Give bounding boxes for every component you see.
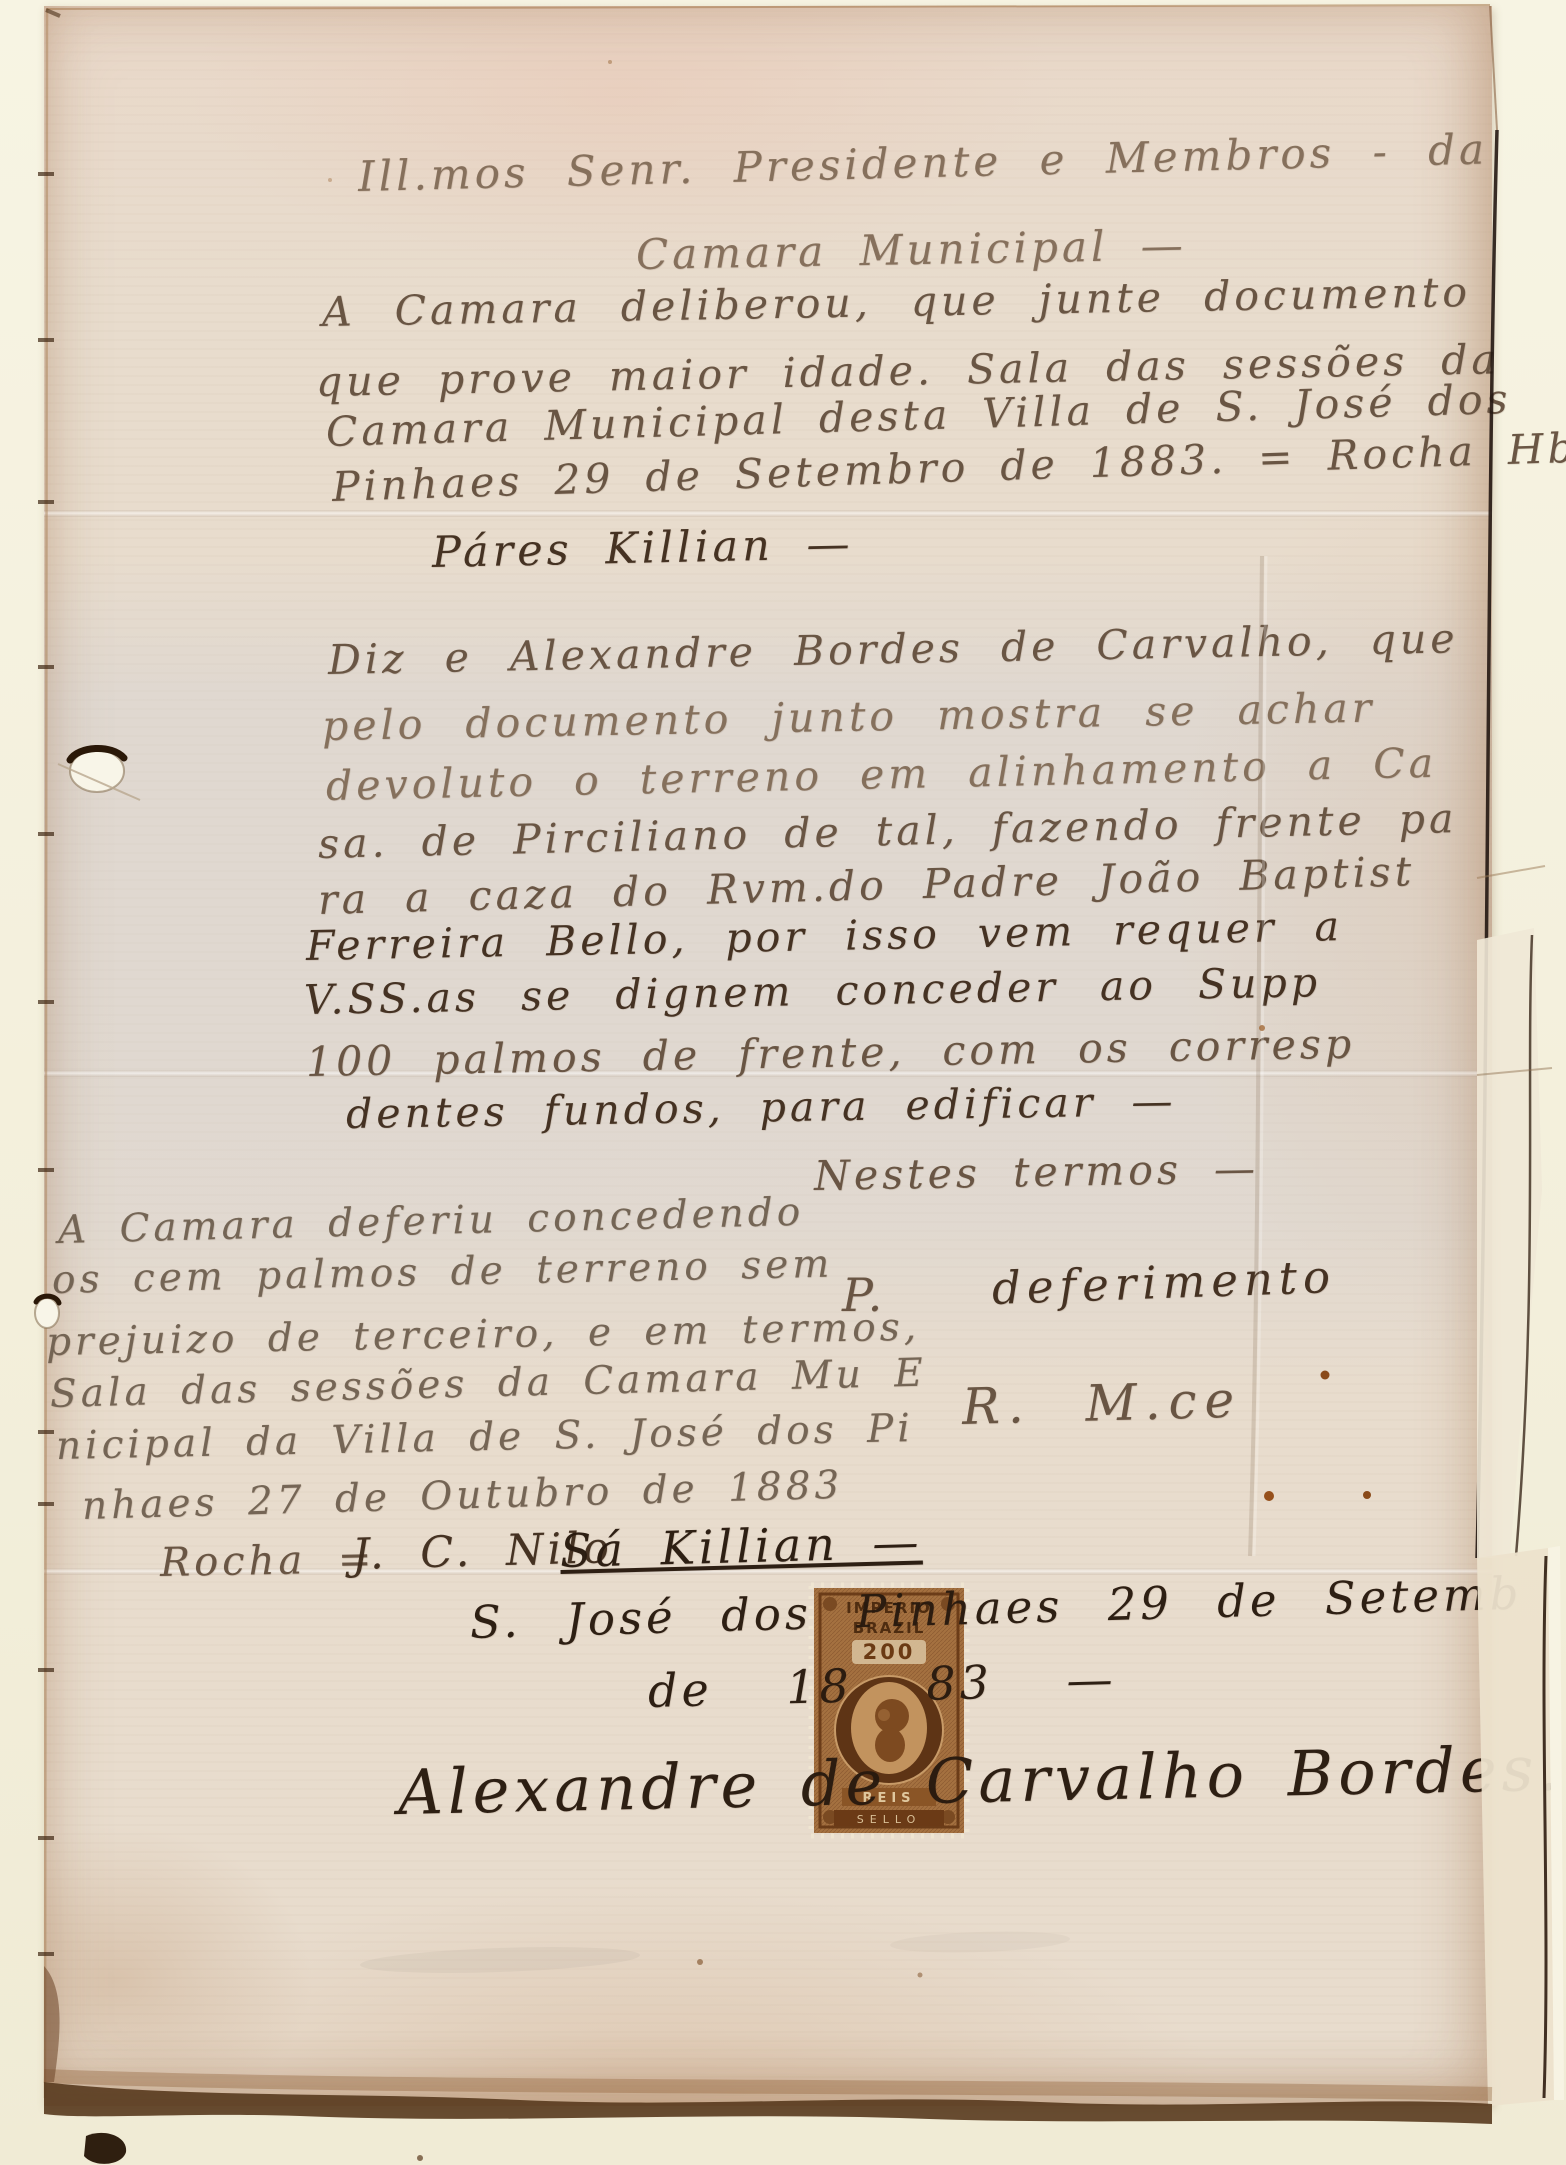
document-photo: Ill.mos Senr. Presidente e Membros - da …: [0, 0, 1566, 2165]
heading-line-2: Camara Municipal —: [636, 220, 1187, 279]
decision-sig-killian: Sá Killian —: [559, 1515, 923, 1578]
petition-closing: Nestes termos —: [814, 1144, 1260, 1200]
deliberation-countersignature: Páres Killian —: [431, 519, 853, 578]
paper-fragment: [84, 2133, 126, 2164]
formula-rm: R. M.ce: [961, 1371, 1243, 1436]
decision-sig-rocha: Rocha =: [160, 1536, 376, 1586]
fold-crease-top: [44, 510, 1492, 517]
